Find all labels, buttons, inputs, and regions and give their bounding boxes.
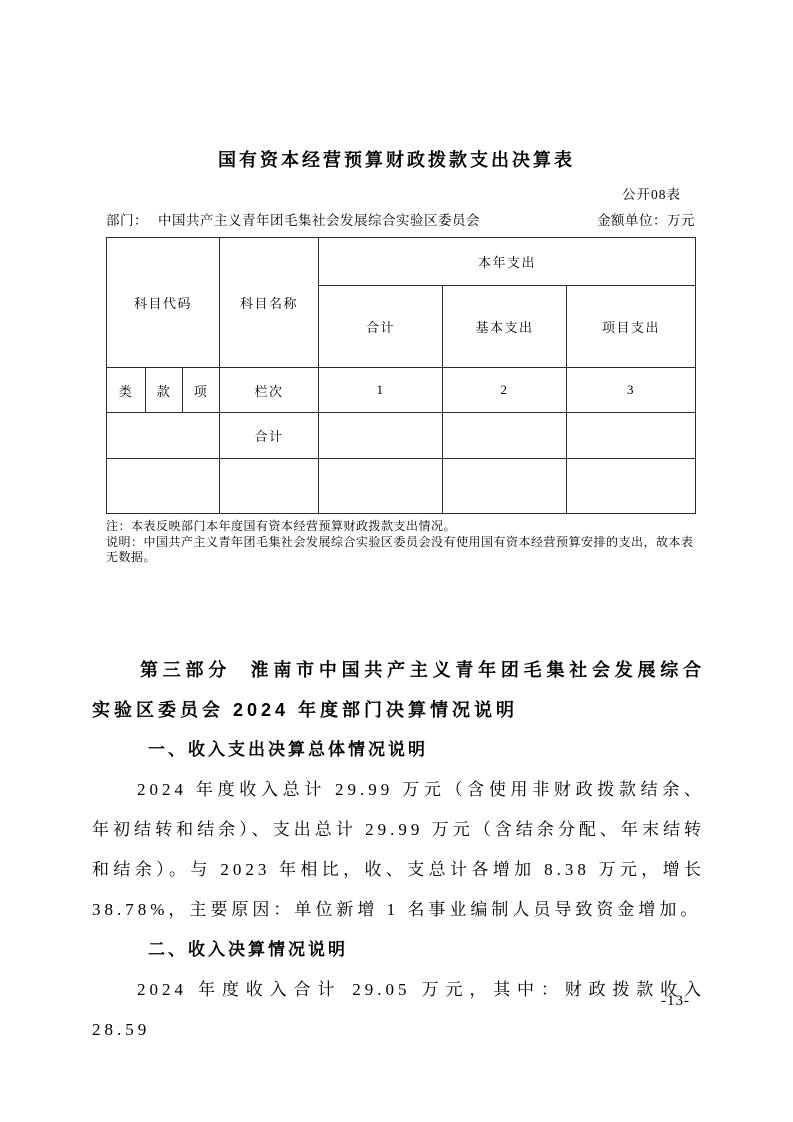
department-name: 中国共产主义青年团毛集社会发展综合实验区委员会 <box>158 213 480 228</box>
table-header-row-1: 科目代码 科目名称 本年支出 <box>107 238 696 286</box>
header-basic-expenditure: 基本支出 <box>443 286 567 368</box>
form-code: 公开08表 <box>106 186 695 203</box>
header-item: 项 <box>183 368 220 413</box>
header-class: 类 <box>107 368 146 413</box>
header-col-no-3: 3 <box>567 368 696 413</box>
table-row <box>107 459 696 514</box>
part3-heading: 第三部分 淮南市中国共产主义青年团毛集社会发展综合实验区委员会 2024 年度部… <box>92 650 705 730</box>
header-col-no-1: 1 <box>319 368 443 413</box>
amount-unit-label: 金额单位：万元 <box>597 212 695 229</box>
table-explanation: 说明：中国共产主义青年团毛集社会发展综合实验区委员会没有使用国有资本经营预算安排… <box>106 535 695 566</box>
cell-basic <box>443 413 567 459</box>
table-meta-row: 部门：中国共产主义青年团毛集社会发展综合实验区委员会 金额单位：万元 <box>106 212 695 229</box>
table-notes: 注：本表反映部门本年度国有资本经营预算财政拨款支出情况。 说明：中国共产主义青年… <box>106 519 695 566</box>
cell-total <box>319 459 443 514</box>
document-page: 国有资本经营预算财政拨款支出决算表 公开08表 部门：中国共产主义青年团毛集社会… <box>0 0 793 1122</box>
department-line: 部门：中国共产主义青年团毛集社会发展综合实验区委员会 <box>106 212 480 229</box>
section2-heading: 二、收入决算情况说明 <box>92 930 705 970</box>
header-column-label: 栏次 <box>220 368 319 413</box>
header-col-no-2: 2 <box>443 368 567 413</box>
table-row: 合计 <box>107 413 696 459</box>
narrative-section: 第三部分 淮南市中国共产主义青年团毛集社会发展综合实验区委员会 2024 年度部… <box>92 650 705 1050</box>
department-label: 部门： <box>106 213 148 228</box>
cell-project <box>567 459 696 514</box>
cell-code <box>107 413 220 459</box>
table-section: 公开08表 部门：中国共产主义青年团毛集社会发展综合实验区委员会 金额单位：万元… <box>106 186 695 566</box>
page-number: -13- <box>0 992 690 1010</box>
cell-name <box>220 459 319 514</box>
expenditure-table: 科目代码 科目名称 本年支出 合计 基本支出 项目支出 类 款 项 栏次 1 2… <box>106 237 696 514</box>
header-subject-name: 科目名称 <box>220 238 319 368</box>
section1-paragraph: 2024 年度收入总计 29.99 万元（含使用非财政拨款结余、年初结转和结余）… <box>92 770 705 930</box>
cell-project <box>567 413 696 459</box>
cell-basic <box>443 459 567 514</box>
cell-code <box>107 459 220 514</box>
table-note: 注：本表反映部门本年度国有资本经营预算财政拨款支出情况。 <box>106 519 695 535</box>
header-project-expenditure: 项目支出 <box>567 286 696 368</box>
header-subject-code: 科目代码 <box>107 238 220 368</box>
header-current-year-expenditure: 本年支出 <box>319 238 696 286</box>
cell-total <box>319 413 443 459</box>
header-fund: 款 <box>146 368 183 413</box>
section1-heading: 一、收入支出决算总体情况说明 <box>92 730 705 770</box>
header-total: 合计 <box>319 286 443 368</box>
report-title: 国有资本经营预算财政拨款支出决算表 <box>0 0 793 172</box>
table-header-row-3: 类 款 项 栏次 1 2 3 <box>107 368 696 413</box>
cell-name: 合计 <box>220 413 319 459</box>
